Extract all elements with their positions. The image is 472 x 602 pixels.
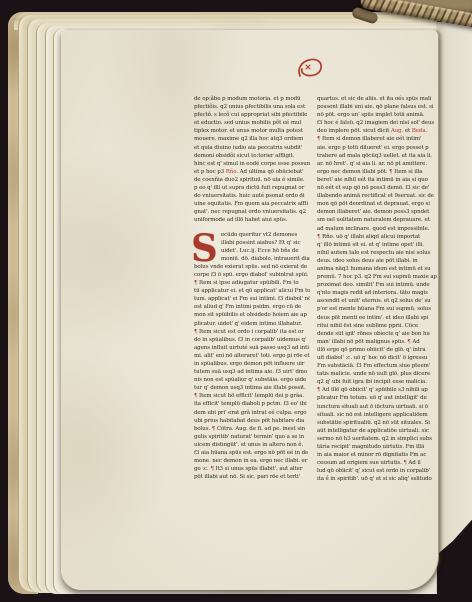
text-line: substätie spiritualiü. q2 nö süt situale… bbox=[317, 419, 437, 427]
text-line: ad malum inclinare. quod est impossibile… bbox=[317, 225, 437, 233]
photo-background: de op:ãbe p modum motoria. et p modüpfec… bbox=[0, 0, 472, 602]
text-line: beret' aie nihil eét ita intimü in aia s… bbox=[317, 176, 437, 184]
facing-page-edge bbox=[437, 22, 472, 560]
text-line: dende süt igit' rönes obiecte q' aie bon… bbox=[317, 330, 437, 338]
text-line: tü applicatur ei. et qö applicat' alicui… bbox=[194, 287, 310, 295]
text-line: tiplex motor. et unus motor multa potest bbox=[194, 127, 310, 135]
text-line: corpe f3 ö spü. ergo diabol' subintrat s… bbox=[194, 271, 310, 279]
text-line: ¶ Rño. uö q' illabi aliqd alicui importa… bbox=[317, 233, 437, 241]
text-line: mon qö pöt deordinat et deprauat. ergo s… bbox=[317, 200, 437, 208]
drop-cap-initial: S bbox=[191, 232, 221, 266]
text-line: tutem suä usq3 ad intima aie. f3 uirt' d… bbox=[194, 368, 310, 376]
text-line: ita ê in spiritib'. uö q' et si sic aliq… bbox=[317, 475, 437, 483]
text-line: anima näq3 humana idem est intimü et su bbox=[317, 265, 437, 273]
paragraph-mark: ¶ bbox=[317, 136, 320, 142]
paragraph-mark: ¶ bbox=[317, 234, 320, 240]
text-line: nihil autem tale est respectu aie nisi s… bbox=[317, 249, 437, 257]
paragraph-mark: ¶ bbox=[212, 426, 215, 432]
text-line: f3 hoc é falsü. q2 imagiem dei nisi sol'… bbox=[317, 119, 437, 127]
text-line: plicatur. uidet' q' eidem intimo illabat… bbox=[194, 320, 310, 328]
text-line: mone. nec demon in ea. ergo nec illabi. … bbox=[194, 457, 310, 465]
text-line: et p hoc p3 Rño. Ad ultima qö obiiciebat… bbox=[194, 168, 310, 176]
text-line: quartus. et sic de aliis. et ita oés spü… bbox=[317, 95, 437, 103]
text-line: p'or est mente hüana Fm sui supmü. solus bbox=[317, 305, 437, 313]
text-line: proximat deo. similit' Fm sui intimü. un… bbox=[317, 281, 437, 289]
left-section-2: S ecüdo queritur vt2 demonesillabi possi… bbox=[194, 231, 310, 482]
rubricated-word: Beda. bbox=[412, 128, 427, 134]
text-line: illö ergo qö primo obiicit' de glö. q' i… bbox=[317, 346, 437, 354]
text-line: q2 q' ubi fuit igra ibi incipit esse mal… bbox=[317, 378, 437, 386]
text-line: iunctura situali aut ö iüctura uirtuali.… bbox=[317, 403, 437, 411]
text-line: de coexñia duo2 spirituü. nö uia é simil… bbox=[194, 176, 310, 184]
text-line: do in spüalibus. f3 in corpalib' uidemus… bbox=[194, 336, 310, 344]
paragraph-mark: ¶ bbox=[194, 393, 197, 399]
text-line: go :c. ¶ It3 si unus spüs illabit'. aut … bbox=[194, 465, 310, 473]
text-line: ¶ Item si demon illaberet aie eét intim' bbox=[317, 135, 437, 143]
text-line: Fm substäciä. f3 Fm effectum siue pteem' bbox=[317, 362, 437, 370]
text-line: ergo nec demon illabi pöt. ¶ Item si ill… bbox=[317, 168, 437, 176]
text-line: uit diabol' :c. uö q' hoc nö dicit' ö ig… bbox=[317, 354, 437, 362]
text-line: uicem distingüt'. et unus in altero non … bbox=[194, 441, 310, 449]
text-line: ubi prius habitabat deus pöt habitare di… bbox=[194, 417, 310, 425]
paragraph-mark: ¶ bbox=[194, 280, 197, 286]
text-line: ¶ Item si ipse adiugatur spüibili. Fm to bbox=[194, 279, 310, 287]
paragraph-mark: ¶ bbox=[194, 329, 197, 335]
folio-mark bbox=[296, 54, 326, 84]
paragraph-mark: ¶ bbox=[317, 387, 320, 393]
text-line: mon sit spüibilis et obsidedo hoiem aie … bbox=[194, 311, 310, 319]
text-line: nö eét et sup qö nö poss3 demö. f3 sic d… bbox=[317, 184, 437, 192]
text-column-right: quartus. et sic de aliis. et ita oés spü… bbox=[317, 95, 437, 484]
text-line: hinc est q' simul in eodé corpe esse pos… bbox=[194, 160, 310, 168]
text-line: gulis spiritib' naturat' termin' quo a s… bbox=[194, 433, 310, 441]
text-line: mi. alit' eni nö alteraret' toti. ergo p… bbox=[194, 352, 310, 360]
text-line: täria recipit' magnitudo uirtutis. Fm il… bbox=[317, 443, 437, 451]
text-line: ritui nihil ëst sine sublime pprii. Cöce bbox=[317, 322, 437, 330]
text-line: cessum ad origiem sue uirtutis. ¶ Ad il bbox=[317, 459, 437, 467]
text-line: tum. applicat' ei Fm sui intimi. f3 diab… bbox=[194, 295, 310, 303]
left-section-2-body: bolus vnde exierat spüs. sed nö exierat … bbox=[194, 263, 310, 482]
text-line: ¶ Item sicut est ordo i corpalib' ita es… bbox=[194, 328, 310, 336]
text-line: aüt intelligatur de applicatiöe uirtuali… bbox=[317, 427, 437, 435]
text-line: mouere. maxime q2 illa hoc atq3 ordiem bbox=[194, 135, 310, 143]
text-line: est aliud q' Fm intimi psidm. ergo cü de bbox=[194, 303, 310, 311]
paragraph-mark: ¶ bbox=[389, 169, 392, 175]
text-line: sm uel uolitatem naturalem deprauare. et bbox=[317, 216, 437, 224]
text-line: ¶ Item sicut hö efficit' templü dei p gr… bbox=[194, 392, 310, 400]
text-line: f3 aia hüana spüs est. ergo nö pöt eé in… bbox=[194, 449, 310, 457]
text-line: ¶ Ad illö qö obiicit' q' spüibile s3 nih… bbox=[317, 386, 437, 394]
text-line: pöt illabi aut nö. Si sic. pari röe et t… bbox=[194, 473, 310, 481]
text-line: et eductio. sed unius mobilis põt eé mul bbox=[194, 119, 310, 127]
text-line: pfectiõis. q2 unius pfectibilis una sola… bbox=[194, 103, 310, 111]
text-line: ascendit et unit' eternis. et q2 solus d… bbox=[317, 297, 437, 305]
text-line: et quia diuino iudio aia peccatrix subdi… bbox=[194, 144, 310, 152]
text-line: nö pöt. ergo un' spüs implet totä animä. bbox=[317, 111, 437, 119]
text-line: deo implere pöt. sicut dicit Aug. et Bed… bbox=[317, 127, 437, 135]
text-line: trahere ad mala qöcüq3 uellet. et ita ai… bbox=[317, 152, 437, 160]
text-line: plicatur Fm totum. uö q' aut intelligit'… bbox=[317, 394, 437, 402]
text-line: agens influit uirtuté suä passo usq3 ad … bbox=[194, 344, 310, 352]
text-line: ar. nö hret'. q' si aia li. ar. nö pt am… bbox=[317, 160, 437, 168]
text-line: sermo nö h3 ueritatem. q2 in simplici su… bbox=[317, 435, 437, 443]
text-column-left: de op:ãbe p modum motoria. et p modüpfec… bbox=[194, 95, 310, 481]
text-line: man' illabi nö pöt malignus spüs. ¶ Ad bbox=[317, 338, 437, 346]
text-line: lud qö obiicit' q' sicut est ordo in cor… bbox=[317, 467, 437, 475]
text-line: aie. ergo p totü dilueret' ei. ergo poss… bbox=[317, 144, 437, 152]
text-line: deus pöt menti ee intim'. et ideo illabi… bbox=[317, 314, 437, 322]
text-line: dem ubi pri' erat grã intrat eé culpa. e… bbox=[194, 409, 310, 417]
text-line: demon illaberet' aie. demon poss3 spndet bbox=[317, 208, 437, 216]
text-line: in spüalibus. ergo demon pöt influere ui… bbox=[194, 360, 310, 368]
text-line: demoni obsidõi sicut to:torier affligit. bbox=[194, 152, 310, 160]
text-line: ita efficit' templü diaboli p pctm. f3 e… bbox=[194, 400, 310, 408]
left-section-1: de op:ãbe p modum motoria. et p modüpfec… bbox=[194, 95, 310, 225]
text-line: tur q' demon usq3 intima aie illabi poss… bbox=[194, 384, 310, 392]
text-line: in aia maior et minor rö dignitatis Fm a… bbox=[317, 451, 437, 459]
paragraph-mark: ¶ bbox=[210, 466, 213, 472]
text-line: nis non est spüalior q' substäia. ergo u… bbox=[194, 376, 310, 384]
text-line: premü. 7 hoc p3. q2 Fm sui supmü maxie a… bbox=[317, 273, 437, 281]
right-column-body: quartus. et sic de aliis. et ita oés spü… bbox=[317, 95, 437, 484]
text-line: situali. sic nö est intelligere applicat… bbox=[317, 411, 437, 419]
text-line: tatis malicie. unde nö uult glö. plus di… bbox=[317, 370, 437, 378]
text-line: illabendo animä rectificat et 9seruat. s… bbox=[317, 192, 437, 200]
rubricated-word: Rño. bbox=[226, 169, 238, 175]
text-line: uniformode ad illö habet aiui spüs. bbox=[194, 216, 310, 224]
text-line: gnat'. nec repugnat ordo vniuersitatis. … bbox=[194, 208, 310, 216]
paragraph-mark: ¶ bbox=[403, 460, 406, 466]
folio-mark-glyph bbox=[296, 54, 326, 84]
text-line: do vniuersitatis. huic auté psonat ordo … bbox=[194, 192, 310, 200]
text-line: q'nto magis redit ad interiora. täto mag… bbox=[317, 289, 437, 297]
text-line: possent illabi uni aie. qö plane falsus … bbox=[317, 103, 437, 111]
rubricated-word: Aug. bbox=[391, 128, 403, 134]
text-line: pfectõ. s lecõ cui appropriat sibi pfect… bbox=[194, 111, 310, 119]
text-line: deus. ideo solus deus aie pöt illabi. in bbox=[317, 257, 437, 265]
text-line: bolus. ¶ Cötra. Aug. de fi. ad pe. inest… bbox=[194, 425, 310, 433]
paragraph-mark: ¶ bbox=[407, 339, 410, 345]
text-line: uine equitatis. Fm quem aia peccatrix af… bbox=[194, 200, 310, 208]
text-line: de op:ãbe p modum motoria. et p modü bbox=[194, 95, 310, 103]
text-line: q' illö intimü sit ei. et q' intime opet… bbox=[317, 241, 437, 249]
text-line: p eo q' illi ut supra dictü fuit repugna… bbox=[194, 184, 310, 192]
